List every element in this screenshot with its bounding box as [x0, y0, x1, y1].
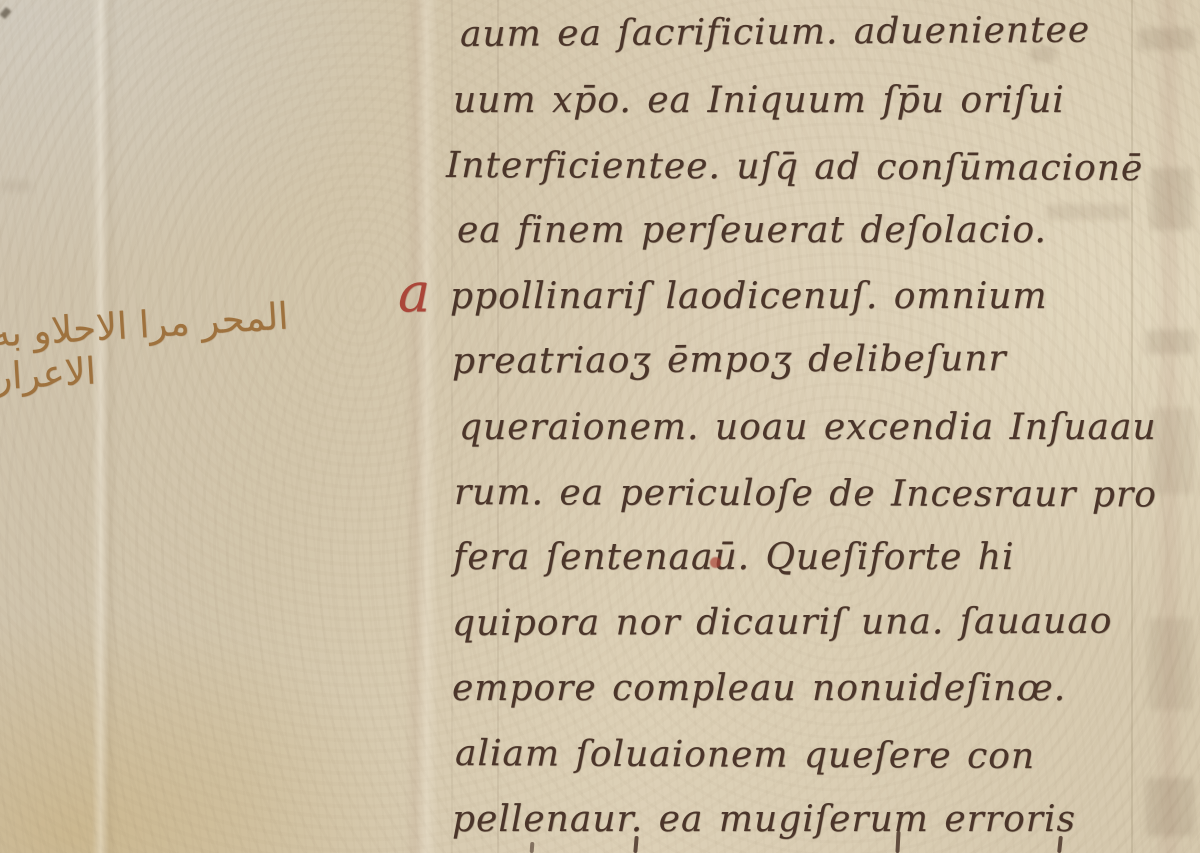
show-through-mark — [2, 180, 32, 192]
text-line: aum ea ſacrificium. aduenientee — [460, 0, 1172, 67]
text-line: uum xp̄o. ea Iniquum ſp̄u oriſui — [453, 67, 1172, 132]
text-line: queraionem. uoau excendia Inſuaau — [459, 394, 1172, 459]
arabic-marginal-note: المحر مرا الاحلاو به الاعرار — [0, 288, 399, 399]
text-line-body: ppollinariſ laodicenuſ. omnium — [450, 276, 1048, 317]
text-line: aliam ſoluaionem queſere con — [455, 721, 1172, 790]
parchment-crease — [404, 0, 438, 853]
text-line: empore compleau nonuideſinœ. — [452, 656, 1172, 721]
text-line: quipora nor dicauriſ una. ſauauao — [452, 588, 1172, 656]
text-line: a ppollinariſ laodicenuſ. omnium — [450, 264, 1172, 329]
ink-speck — [0, 7, 11, 19]
rubric-dot-in-q — [710, 557, 721, 568]
rubric-initial-a: a — [398, 266, 431, 320]
next-line-ascender — [530, 842, 535, 853]
text-column: aum ea ſacrificium. aduenientee uum xp̄o… — [452, 2, 1172, 852]
text-line: pellenaur. ea mugiſerum erroris — [452, 787, 1172, 852]
text-line: fera ſentenaaū. Queſiforte hi — [453, 525, 1172, 590]
text-line: preatriaoʒ ēmpoʒ delibeſunr — [452, 325, 1172, 394]
text-line: rum. ea periculoſe de Incesraur pro — [454, 460, 1172, 528]
manuscript-page: المحر مرا الاحلاو به الاعرار aum ea ſacr… — [0, 0, 1200, 853]
text-line: Interficientee. uſq̄ ad conſūmacionē — [446, 133, 1172, 202]
text-line: ea finem perſeuerat deſolacio. — [457, 198, 1172, 263]
parchment-crease — [92, 0, 118, 853]
